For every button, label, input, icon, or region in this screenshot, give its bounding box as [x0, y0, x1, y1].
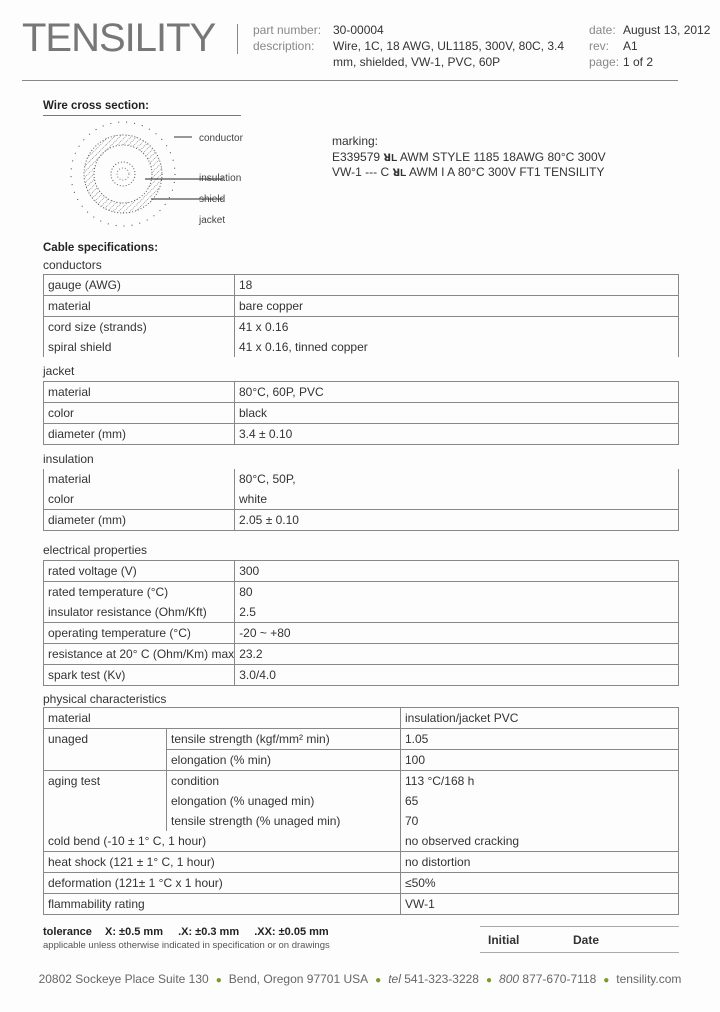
- spec-label: diameter (mm): [44, 424, 235, 445]
- cable-specifications-title: Cable specifications:: [43, 242, 158, 254]
- spec-label: resistance at 20° C (Ohm/Km) max: [44, 644, 235, 665]
- table-row: rated temperature (°C)80: [44, 582, 679, 603]
- footer-tollfree-label: 800: [499, 972, 519, 986]
- bullet-icon: ●: [486, 975, 492, 986]
- table-row: diameter (mm)3.4 ± 0.10: [44, 424, 679, 445]
- spec-value: 300: [235, 561, 679, 582]
- spec-group-label: unaged: [44, 729, 167, 771]
- insulation-label: insulation: [199, 173, 241, 184]
- rev-label: rev:: [589, 38, 609, 54]
- spec-label: heat shock (121 ± 1° C, 1 hour): [44, 852, 401, 873]
- spec-label: color: [44, 489, 235, 510]
- spec-value: no distortion: [401, 852, 679, 873]
- table-row: gauge (AWG)18: [44, 275, 679, 296]
- table-row: flammability rating VW-1: [44, 894, 679, 915]
- insulation-title: insulation: [43, 452, 94, 466]
- footer: 20802 Sockeye Place Suite 130●Bend, Oreg…: [0, 972, 720, 986]
- spec-label: flammability rating: [44, 894, 401, 915]
- spec-label: operating temperature (°C): [44, 623, 235, 644]
- table-row: spark test (Kv)3.0/4.0: [44, 665, 679, 686]
- spec-label: color: [44, 403, 235, 424]
- table-row: operating temperature (°C)-20 ~ +80: [44, 623, 679, 644]
- spec-value: no observed cracking: [401, 831, 679, 852]
- marking-vw1: VW-1 --- C: [332, 165, 389, 179]
- part-number-label: part number:: [253, 22, 321, 38]
- spec-value: -20 ~ +80: [235, 623, 679, 644]
- spec-label: tensile strength (kgf/mm² min): [167, 729, 401, 750]
- description-line-1: Wire, 1C, 18 AWG, UL1185, 300V, 80C, 3.4: [333, 38, 564, 54]
- marking-style: AWM STYLE 1185 18AWG 80°C 300V: [400, 150, 606, 164]
- table-row: insulator resistance (Ohm/Kft)2.5: [44, 602, 679, 623]
- spec-value: 80°C, 60P, PVC: [235, 382, 679, 403]
- spec-value: 23.2: [235, 644, 679, 665]
- marking-title: marking:: [332, 133, 378, 149]
- spec-value: 2.5: [235, 602, 679, 623]
- table-row: rated voltage (V)300: [44, 561, 679, 582]
- spec-value: 3.0/4.0: [235, 665, 679, 686]
- spec-value: black: [235, 403, 679, 424]
- ul-recognized-icon: ꓤL: [392, 168, 406, 179]
- table-row: diameter (mm)2.05 ± 0.10: [44, 510, 679, 531]
- shield-label: shield: [199, 194, 225, 205]
- spec-value: 3.4 ± 0.10: [235, 424, 679, 445]
- spec-label: diameter (mm): [44, 510, 235, 531]
- table-row: material insulation/jacket PVC: [44, 708, 679, 729]
- table-row: cold bend (-10 ± 1° C, 1 hour) no observ…: [44, 831, 679, 852]
- spec-label: deformation (121± 1 °C x 1 hour): [44, 873, 401, 894]
- cross-section-title: Wire cross section:: [43, 100, 149, 112]
- footer-tel: 541-323-3228: [404, 972, 479, 986]
- tolerance-dx: .X: ±0.3 mm: [178, 926, 239, 938]
- spec-label: spiral shield: [44, 337, 235, 357]
- spec-label: material: [44, 382, 235, 403]
- cross-section-rule: [43, 115, 241, 116]
- marking-line-2: VW-1 --- C ꓤL AWM I A 80°C 300V FT1 TENS…: [332, 164, 604, 182]
- conductors-table: gauge (AWG)18 materialbare copper cord s…: [43, 274, 679, 357]
- spec-value: 41 x 0.16: [235, 317, 679, 338]
- spec-label: material: [44, 296, 235, 317]
- tolerance-x: X: ±0.5 mm: [105, 926, 163, 938]
- logo-divider: [237, 24, 238, 54]
- spec-label: cold bend (-10 ± 1° C, 1 hour): [44, 831, 401, 852]
- insulation-table: material80°C, 50P, colorwhite diameter (…: [43, 469, 679, 531]
- spec-value: 41 x 0.16, tinned copper: [235, 337, 679, 357]
- spec-label: condition: [167, 771, 401, 792]
- spec-value: 113 °C/168 h: [401, 771, 679, 792]
- spec-label: rated temperature (°C): [44, 582, 235, 603]
- spec-value: 2.05 ± 0.10: [235, 510, 679, 531]
- spec-value: 1.05: [401, 729, 679, 750]
- conductor-label: conductor: [199, 133, 243, 144]
- description-line-2: mm, shielded, VW-1, PVC, 60P: [333, 54, 500, 70]
- spec-value: 65: [401, 791, 679, 811]
- date-value: August 13, 2012: [623, 22, 710, 38]
- tolerance-line: tolerance X: ±0.5 mm .X: ±0.3 mm .XX: ±0…: [43, 926, 329, 938]
- footer-address: 20802 Sockeye Place Suite 130: [39, 972, 209, 986]
- initial-label: Initial: [488, 933, 519, 947]
- table-row: colorblack: [44, 403, 679, 424]
- footer-city: Bend, Oregon 97701 USA: [229, 972, 368, 986]
- page-value: 1 of 2: [623, 54, 653, 70]
- electrical-table: rated voltage (V)300 rated temperature (…: [43, 560, 679, 686]
- spec-label: cord size (strands): [44, 317, 235, 338]
- jacket-title: jacket: [43, 364, 74, 378]
- spec-label: spark test (Kv): [44, 665, 235, 686]
- table-row: colorwhite: [44, 489, 679, 510]
- conductor-core: [111, 162, 135, 186]
- spec-value: 100: [401, 750, 679, 771]
- signoff-top-rule: [480, 926, 679, 927]
- description-label: description:: [253, 38, 314, 54]
- spec-group-label: aging test: [44, 771, 167, 832]
- table-row: spiral shield41 x 0.16, tinned copper: [44, 337, 679, 357]
- tolerance-note: applicable unless otherwise indicated in…: [43, 940, 330, 951]
- spec-value: 18: [235, 275, 679, 296]
- signoff-bottom-rule: [480, 952, 679, 953]
- spec-value: ≤50%: [401, 873, 679, 894]
- spec-value: 80: [235, 582, 679, 603]
- footer-tollfree: 877-670-7118: [522, 972, 596, 986]
- table-row: cord size (strands)41 x 0.16: [44, 317, 679, 338]
- part-number: 30-00004: [333, 22, 384, 38]
- table-row: material80°C, 50P,: [44, 469, 679, 489]
- spec-label: material: [44, 469, 235, 489]
- tolerance-dxx: .XX: ±0.05 mm: [254, 926, 329, 938]
- marking-file-number: E339579: [332, 150, 380, 164]
- table-row: unaged tensile strength (kgf/mm² min) 1.…: [44, 729, 679, 750]
- date-signoff-label: Date: [573, 933, 599, 947]
- spec-label: rated voltage (V): [44, 561, 235, 582]
- physical-table: material insulation/jacket PVC unaged te…: [43, 707, 679, 915]
- shield-ring: [89, 140, 157, 208]
- table-row: material80°C, 60P, PVC: [44, 382, 679, 403]
- spec-value: bare copper: [235, 296, 679, 317]
- table-row: materialbare copper: [44, 296, 679, 317]
- table-row: resistance at 20° C (Ohm/Km) max23.2: [44, 644, 679, 665]
- footer-website-link[interactable]: tensility.com: [616, 972, 681, 986]
- marking-rating: AWM I A 80°C 300V FT1 TENSILITY: [409, 165, 605, 179]
- header-divider: [22, 80, 678, 81]
- wire-cross-section-diagram: [60, 117, 280, 232]
- spec-label: elongation (% min): [167, 750, 401, 771]
- spec-label: tensile strength (% unaged min): [167, 811, 401, 831]
- bullet-icon: ●: [375, 975, 381, 986]
- spec-value: white: [235, 489, 679, 510]
- spec-value: 80°C, 50P,: [235, 469, 679, 489]
- page-label: page:: [589, 54, 619, 70]
- jacket-label: jacket: [199, 215, 225, 226]
- spec-label: material: [44, 708, 401, 729]
- spec-label: gauge (AWG): [44, 275, 235, 296]
- table-row: heat shock (121 ± 1° C, 1 hour) no disto…: [44, 852, 679, 873]
- spec-value: 70: [401, 811, 679, 831]
- footer-tel-label: tel: [388, 972, 401, 986]
- ul-recognized-icon: ꓤL: [383, 153, 397, 164]
- electrical-properties-title: electrical properties: [43, 543, 147, 557]
- physical-characteristics-title: physical characteristics: [43, 692, 166, 706]
- rev-value: A1: [623, 38, 638, 54]
- conductors-title: conductors: [43, 258, 102, 272]
- spec-label: insulator resistance (Ohm/Kft): [44, 602, 235, 623]
- tolerance-label: tolerance: [43, 926, 92, 938]
- bullet-icon: ●: [216, 975, 222, 986]
- bullet-icon: ●: [603, 975, 609, 986]
- company-logo: TENSILITY: [22, 16, 215, 60]
- date-label: date:: [589, 22, 616, 38]
- table-row: deformation (121± 1 °C x 1 hour) ≤50%: [44, 873, 679, 894]
- spec-label: elongation (% unaged min): [167, 791, 401, 811]
- spec-value: VW-1: [401, 894, 679, 915]
- spec-value: insulation/jacket PVC: [401, 708, 679, 729]
- table-row: aging test condition 113 °C/168 h: [44, 771, 679, 792]
- jacket-table: material80°C, 60P, PVC colorblack diamet…: [43, 381, 679, 445]
